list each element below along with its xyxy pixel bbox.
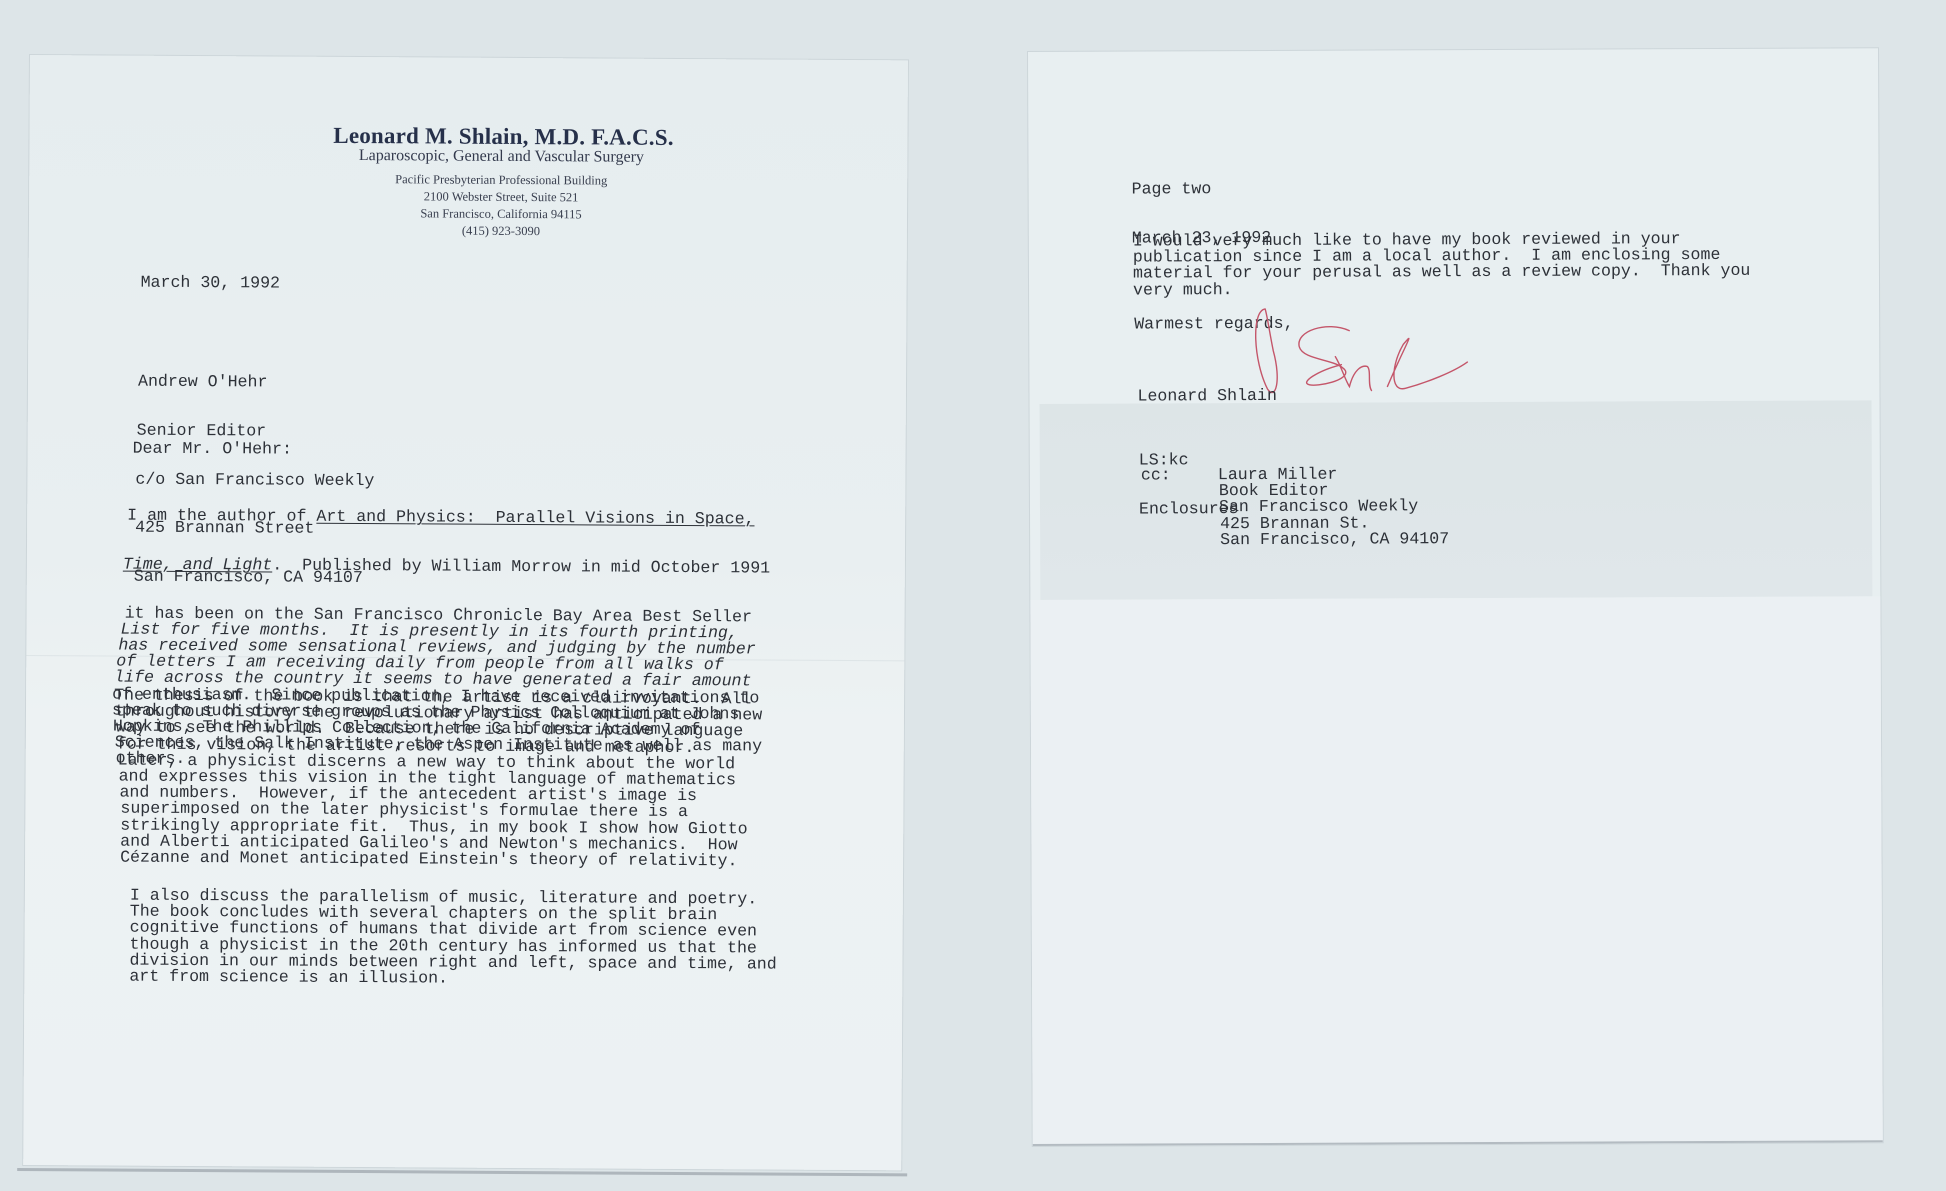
text-line: very much. (1133, 279, 1750, 298)
paragraph-3: I also discuss the parallelism of music,… (129, 888, 777, 989)
signer-name: Leonard Shlain (1137, 388, 1276, 405)
recipient-title: Senior Editor (137, 423, 375, 441)
cc-label: cc: (1141, 467, 1171, 483)
recipient-name: Andrew O'Hehr (138, 374, 375, 392)
letter-page-two: Page two March 23, 1992 I would very muc… (1028, 48, 1883, 1146)
letterhead-address: Pacific Presbyterian Professional Buildi… (95, 169, 907, 242)
page-two-body: I would very much like to have my book r… (1133, 231, 1751, 299)
paragraph-2: The thesis of the book is that the artis… (113, 688, 762, 870)
page-edge (17, 1168, 907, 1176)
cc-list: Laura MillerBook EditorSan Francisco Wee… (1218, 466, 1449, 548)
letterhead: Leonard M. Shlain, M.D. F.A.C.S. Laparos… (29, 121, 908, 242)
letterhead-specialty: Laparoscopic, General and Vascular Surge… (95, 145, 907, 168)
book-title: Art and Physics: Parallel Visions in Spa… (316, 507, 754, 529)
page-label: Page two (1132, 181, 1271, 198)
text-line: Cézanne and Monet anticipated Einstein's… (120, 850, 761, 870)
letter-date: March 30, 1992 (141, 275, 281, 292)
p1-intro: I am the author of (127, 506, 316, 526)
letterhead-phone: (415) 923-3090 (95, 220, 907, 242)
text-line: San Francisco, CA 94107 (1220, 531, 1449, 548)
paper-lower-panel (1030, 596, 1882, 1146)
book-title-cont: Time, and Light (123, 555, 272, 575)
salutation: Dear Mr. O'Hehr: (133, 441, 292, 458)
p1-line2-rest: . Published by William Morrow in mid Oct… (272, 556, 770, 578)
letter-page-one: Leonard M. Shlain, M.D. F.A.C.S. Laparos… (23, 55, 908, 1170)
